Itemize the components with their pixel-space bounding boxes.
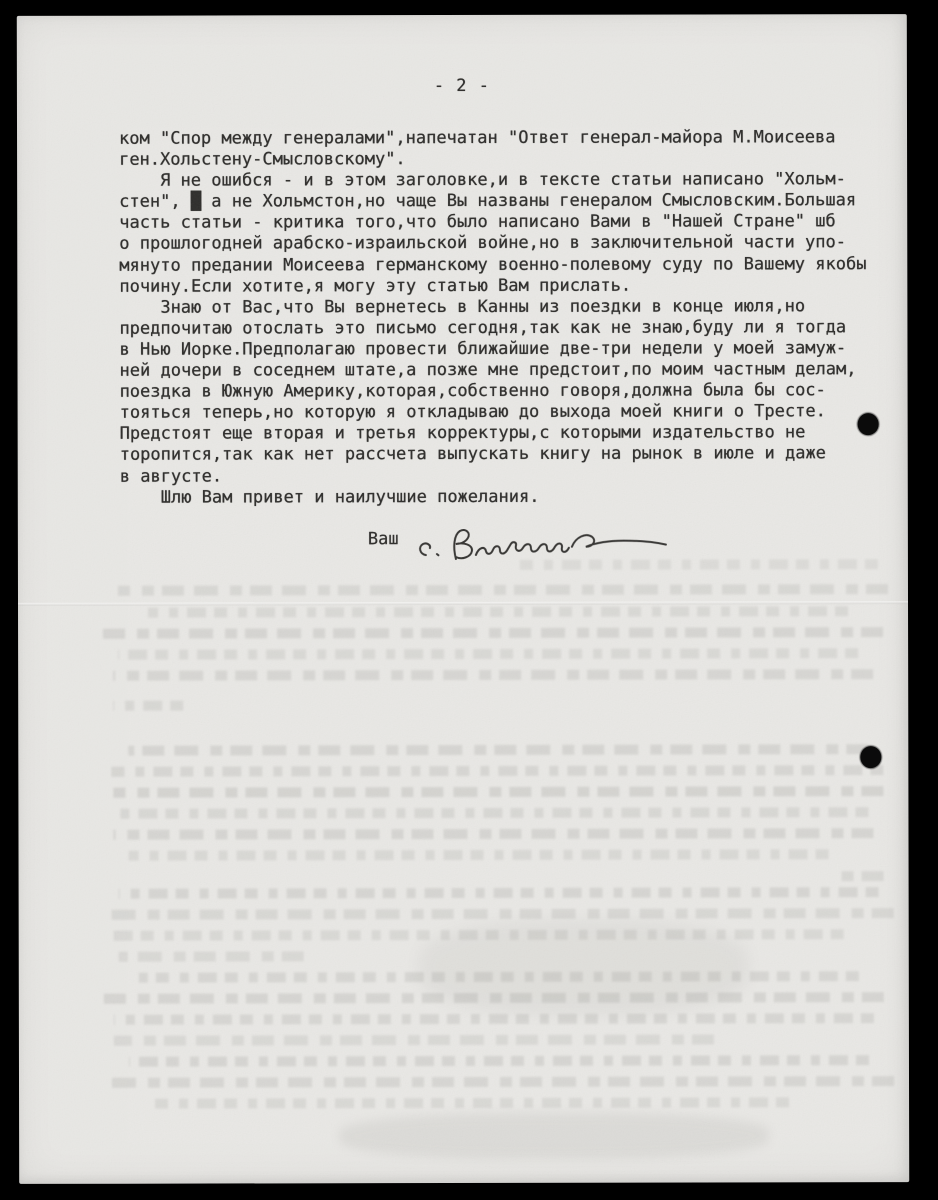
bleedthrough-line	[114, 1013, 874, 1025]
typed-line: часть статьи - критика того,что было нап…	[119, 211, 889, 234]
bleedthrough-line	[113, 669, 873, 681]
typed-line: Шлю Вам привет и наилучшие пожелания.	[120, 486, 890, 509]
typed-line: торопится,так как нет рассчета выпускать…	[120, 444, 890, 467]
fold-crease	[18, 601, 908, 606]
bleedthrough-line	[128, 744, 868, 756]
typed-line: ней дочери в соседнем штате,а позже мне …	[120, 359, 890, 382]
bleedthrough-line	[129, 849, 829, 860]
bleedthrough-line	[104, 1076, 894, 1088]
bleedthrough-line	[103, 765, 883, 777]
bleedthrough-line	[139, 971, 859, 983]
typed-line: почину.Если хотите,я могу эту статью Вам…	[119, 275, 889, 298]
typed-line: мянуто предании Моисеева германскому вое…	[119, 254, 889, 277]
punch-hole-dot	[860, 746, 881, 768]
ink-smudge	[339, 1112, 769, 1159]
typed-line: стен", █ а не Хольмстон,но чаще Вы назва…	[119, 190, 889, 213]
page-number: - 2 -	[17, 75, 907, 97]
scanned-letter-page: - 2 - ком "Спор между генералами",напеча…	[0, 0, 938, 1200]
typed-text-block: ком "Спор между генералами",напечатан "О…	[119, 127, 890, 508]
typed-line: Я не ошибся - и в этом заголовке,и в тек…	[119, 169, 889, 192]
bleedthrough-line	[129, 1055, 869, 1067]
bleedthrough-line	[118, 648, 858, 660]
bleedthrough-line	[118, 807, 868, 819]
typed-line: в августе.	[120, 465, 890, 488]
bleedthrough-line	[119, 951, 304, 961]
bleedthrough-line	[148, 606, 848, 617]
bleedthrough-line	[149, 1097, 789, 1108]
ink-smudge	[419, 919, 749, 1015]
bleedthrough-line	[113, 786, 883, 798]
bleedthrough-line	[118, 584, 888, 596]
typed-line: предпочитаю отослать это письмо сегодня,…	[119, 317, 889, 340]
bleedthrough-line	[119, 887, 879, 899]
typed-line: о прошлогодней арабско-израильской войне…	[119, 233, 889, 256]
bleedthrough-line	[113, 828, 873, 840]
typed-line: тояться теперь,но которую я откладываю д…	[120, 401, 890, 424]
typed-line: Знаю от Вас,что Вы вернетесь в Канны из …	[119, 296, 889, 319]
signature-handwritten-icon	[410, 517, 680, 578]
valediction: Ваш	[368, 529, 399, 549]
paper-sheet: - 2 - ком "Спор между генералами",напеча…	[17, 14, 909, 1184]
typed-line: ком "Спор между генералами",напечатан "О…	[119, 127, 889, 150]
bleedthrough-line	[113, 701, 183, 711]
bleedthrough-line	[104, 992, 884, 1004]
bleedthrough-line	[103, 627, 883, 639]
bleedthrough-line	[114, 929, 844, 941]
typed-line: Предстоят еще вторая и третья корректуры…	[120, 422, 890, 445]
bleedthrough-line	[104, 908, 894, 920]
typed-line: в Нью Иорке.Предполагаю провести ближайш…	[119, 338, 889, 361]
bleedthrough-line	[839, 871, 884, 881]
typed-line: ген.Хольстену-Смысловскому".	[119, 148, 889, 171]
closing-row: Ваш	[368, 529, 399, 589]
typed-line: поездка в Южную Америку,которая,собствен…	[120, 380, 890, 403]
bleedthrough-line	[114, 1034, 714, 1045]
